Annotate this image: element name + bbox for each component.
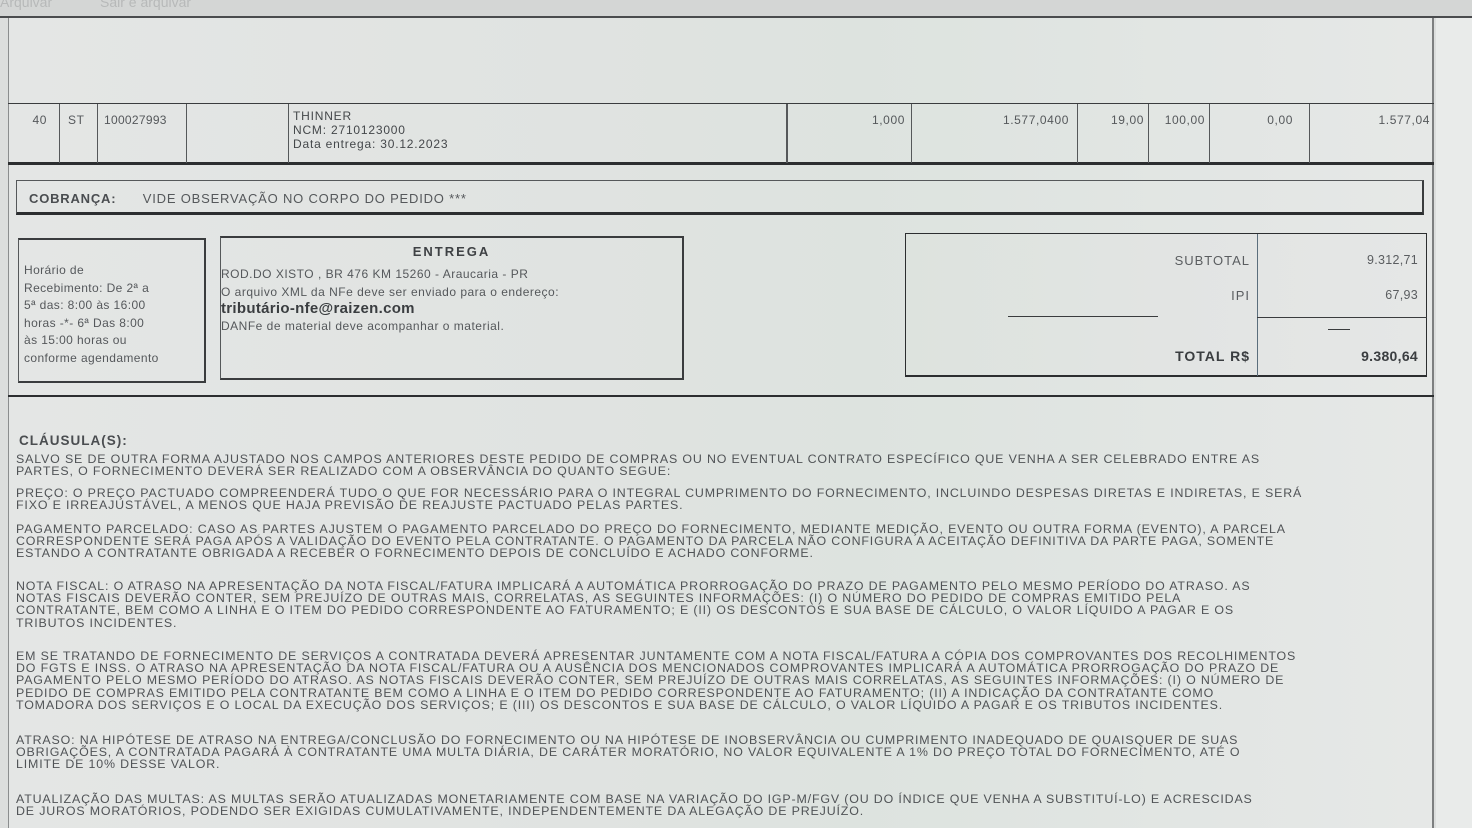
toolbar: Arquivar Sair e arquivar [0,0,1472,18]
receiving-hours-line: horas -*- 6ª Das 8:00 [24,315,204,333]
clause-paragraph: SALVO SE DE OUTRA FORMA AJUSTADO NOS CAM… [16,453,1260,477]
receiving-hours-box: Horário de Recebimento: De 2ª a 5ª das: … [18,238,206,383]
delivery-danfe-note: DANFe de material deve acompanhar o mate… [221,319,682,333]
item-description: THINNER NCM: 2710123000 Data entrega: 30… [289,104,787,163]
clause-line: DE JUROS MORATÓRIOS, PODENDO SER EXIGIDA… [16,805,1253,817]
item-quantity: 1,000 [794,104,912,163]
clause-line: FIXO E IRREAJUSTÁVEL, A MENOS QUE HAJA P… [16,499,1302,511]
archive-button[interactable]: Arquivar [0,0,52,10]
billing-label: COBRANÇA: [29,191,116,206]
item-ncm: NCM: 2710123000 [293,123,786,137]
clause-paragraph: NOTA FISCAL: O ATRASO NA APRESENTAÇÃO DA… [16,580,1250,629]
subtotal-value: 9.312,71 [1367,253,1418,267]
receiving-hours-line: Recebimento: De 2ª a [24,280,204,298]
item-name: THINNER [293,109,786,123]
receiving-hours-line: Horário de [24,262,204,280]
clause-paragraph: ATUALIZAÇÃO DAS MULTAS: AS MULTAS SERÃO … [16,793,1253,817]
clause-paragraph: ATRASO: NA HIPÓTESE DE ATRASO NA ENTREGA… [16,734,1240,771]
item-unit: ST [60,104,98,163]
clause-paragraph: EM SE TRATANDO DE FORNECIMENTO DE SERVIÇ… [16,650,1296,711]
item-unit-price: 1.577,0400 [912,104,1078,163]
column-divider [787,104,788,163]
clause-line: PAGAMENTO PELO MESMO PERÍODO DO ATRASO. … [16,674,1296,686]
item-row: 40 ST 100027993 THINNER NCM: 2710123000 … [8,103,1434,165]
clause-line: ESTANDO A CONTRATANTE OBRIGADA A RECEBER… [16,547,1286,559]
billing-section: COBRANÇA: VIDE OBSERVAÇÃO NO CORPO DO PE… [16,180,1424,215]
item-ipi-rate: 0,00 [1210,104,1310,163]
delivery-title: ENTREGA [221,244,682,259]
item-col-100: 100,00 [1149,104,1210,163]
delivery-address: ROD.DO XISTO , BR 476 KM 15260 - Araucar… [221,267,682,281]
exit-and-archive-button[interactable]: Sair e arquivar [100,0,191,10]
receiving-hours-line: às 15:00 horas ou [24,332,204,350]
signature-line [1008,316,1158,317]
page-margin [1436,18,1472,828]
clauses-section: CLÁUSULA(S): SALVO SE DE OUTRA FORMA AJU… [8,395,1434,828]
item-total: 1.577,04 [1310,104,1434,163]
totals-rule [1257,317,1427,318]
clauses-heading: CLÁUSULA(S): [19,433,128,448]
totals-divider [1257,234,1258,376]
delivery-box: ENTREGA ROD.DO XISTO , BR 476 KM 15260 -… [220,236,684,380]
clause-paragraph: PAGAMENTO PARCELADO: CASO AS PARTES AJUS… [16,523,1286,560]
delivery-email[interactable]: tributário-nfe@raizen.com [221,300,682,317]
ipi-value: 67,93 [1385,288,1418,302]
item-number: 40 [8,104,60,163]
subtotal-label: SUBTOTAL [1175,253,1250,268]
ipi-label: IPI [1231,288,1250,303]
receiving-hours-line: 5ª das: 8:00 às 16:00 [24,297,204,315]
item-code: 100027993 [98,104,187,163]
total-value: 9.380,64 [1361,348,1418,364]
totals-box: SUBTOTAL 9.312,71 IPI 67,93 TOTAL R$ 9.3… [905,233,1427,377]
clause-line: TRIBUTOS INCIDENTES. [16,617,1250,629]
billing-text: VIDE OBSERVAÇÃO NO CORPO DO PEDIDO *** [143,191,467,206]
total-label: TOTAL R$ [1175,348,1250,364]
dash-mark [1328,329,1350,330]
clause-line: PEDIDO DE COMPRAS EMITIDO PELA CONTRATAN… [16,687,1296,699]
clause-line: CONTRATANTE, BEM COMO A LINHA E O ITEM D… [16,604,1250,616]
clause-paragraph: PREÇO: O PREÇO PACTUADO COMPREENDERÁ TUD… [16,487,1302,511]
receiving-hours-line: conforme agendamento [24,350,204,368]
item-icms: 19,00 [1078,104,1149,163]
clause-line: LIMITE DE 10% DESSE VALOR. [16,758,1240,770]
delivery-xml-note: O arquivo XML da NFe deve ser enviado pa… [221,285,682,299]
item-delivery-date: Data entrega: 30.12.2023 [293,137,786,151]
item-blank-cell [187,104,289,163]
clause-line: PARTES, O FORNECIMENTO DEVERÁ SER REALIZ… [16,465,1260,477]
clause-line: TOMADORA DOS SERVIÇOS E O LOCAL DA EXECU… [16,699,1296,711]
